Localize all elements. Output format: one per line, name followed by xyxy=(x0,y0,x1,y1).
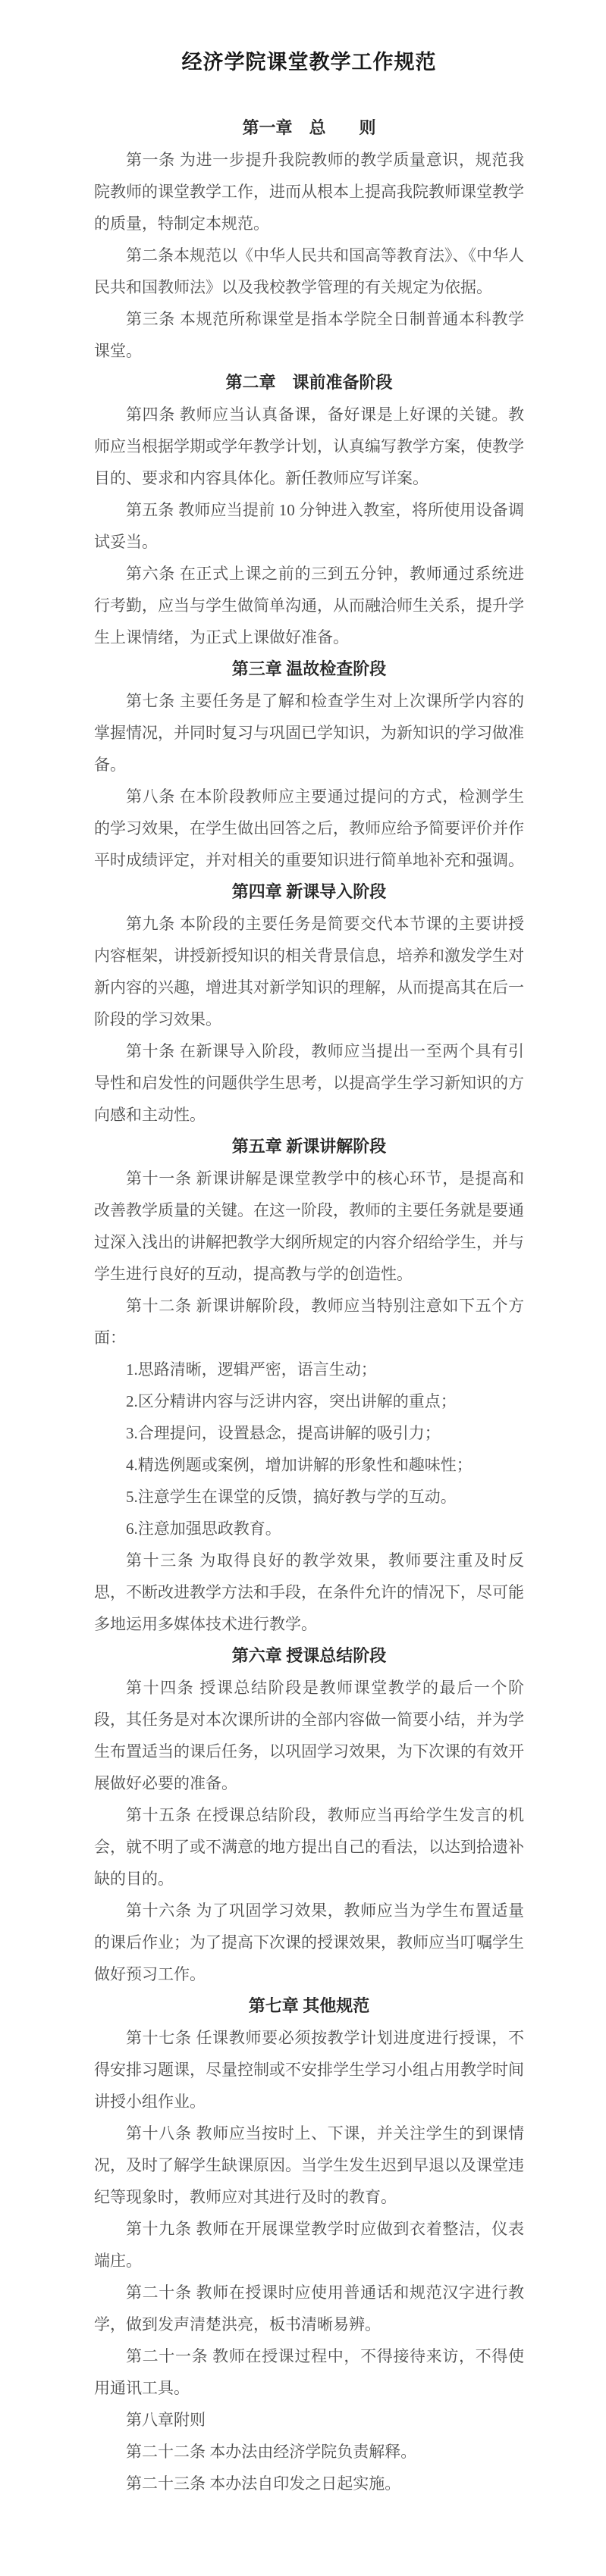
chapter-heading: 第一章 总 则 xyxy=(94,112,524,144)
paragraph: 第十六条 为了巩固学习效果，教师应当为学生布置适量的课后作业；为了提高下次课的授… xyxy=(94,1895,524,1990)
paragraph: 第十八条 教师应当按时上、下课，并关注学生的到课情况，及时了解学生缺课原因。当学… xyxy=(94,2117,524,2213)
paragraph: 第七条 主要任务是了解和检查学生对上次课所学内容的掌握情况，并同时复习与巩固已学… xyxy=(94,685,524,781)
paragraph: 第十二条 新课讲解阶段，教师应当特别注意如下五个方面： xyxy=(94,1290,524,1354)
list-item: 5.注意学生在课堂的反馈，搞好教与学的互动。 xyxy=(94,1481,524,1513)
paragraph: 第三条 本规范所称课堂是指本学院全日制普通本科教学课堂。 xyxy=(94,303,524,367)
chapter-heading: 第六章 授课总结阶段 xyxy=(94,1640,524,1672)
paragraph: 第十三条 为取得良好的教学效果，教师要注重及时反思，不断改进教学方法和手段，在条… xyxy=(94,1545,524,1640)
list-item: 4.精选例题或案例，增加讲解的形象性和趣味性； xyxy=(94,1449,524,1481)
list-item: 6.注意加强思政教育。 xyxy=(94,1513,524,1545)
document-title: 经济学院课堂教学工作规范 xyxy=(94,47,524,77)
list-item: 3.合理提问，设置悬念，提高讲解的吸引力； xyxy=(94,1417,524,1449)
chapter-heading: 第四章 新课导入阶段 xyxy=(94,876,524,908)
paragraph: 第八章附则 xyxy=(94,2404,524,2436)
paragraph: 第十七条 任课教师要必须按教学计划进度进行授课，不得安排习题课，尽量控制或不安排… xyxy=(94,2022,524,2117)
paragraph: 第二十条 教师在授课时应使用普通话和规范汉字进行教学，做到发声清楚洪亮，板书清晰… xyxy=(94,2277,524,2340)
paragraph: 第二十二条 本办法由经济学院负责解释。 xyxy=(94,2436,524,2468)
paragraph: 第十条 在新课导入阶段，教师应当提出一至两个具有引导性和启发性的问题供学生思考，… xyxy=(94,1035,524,1131)
paragraph: 第十四条 授课总结阶段是教师课堂教学的最后一个阶段，其任务是对本次课所讲的全部内… xyxy=(94,1672,524,1799)
paragraph: 第十五条 在授课总结阶段，教师应当再给学生发言的机会，就不明了或不满意的地方提出… xyxy=(94,1799,524,1895)
list-item: 1.思路清晰，逻辑严密，语言生动； xyxy=(94,1354,524,1385)
chapter-heading: 第三章 温故检查阶段 xyxy=(94,653,524,685)
paragraph: 第九条 本阶段的主要任务是简要交代本节课的主要讲授内容框架，讲授新授知识的相关背… xyxy=(94,908,524,1035)
chapter-heading: 第二章 课前准备阶段 xyxy=(94,367,524,399)
chapter-heading: 第七章 其他规范 xyxy=(94,1990,524,2022)
paragraph: 第十九条 教师在开展课堂教学时应做到衣着整洁，仪表端庄。 xyxy=(94,2213,524,2277)
paragraph: 第二条本规范以《中华人民共和国高等教育法》、《中华人民共和国教师法》以及我校教学… xyxy=(94,239,524,303)
paragraph: 第二十一条 教师在授课过程中，不得接待来访，不得使用通讯工具。 xyxy=(94,2340,524,2404)
document-page: 经济学院课堂教学工作规范 第一章 总 则第一条 为进一步提升我院教师的教学质量意… xyxy=(0,0,606,2576)
paragraph: 第十一条 新课讲解是课堂教学中的核心环节，是提高和改善教学质量的关键。在这一阶段… xyxy=(94,1163,524,1290)
paragraph: 第一条 为进一步提升我院教师的教学质量意识，规范我院教师的课堂教学工作，进而从根… xyxy=(94,144,524,239)
paragraph: 第六条 在正式上课之前的三到五分钟，教师通过系统进行考勤，应当与学生做简单沟通，… xyxy=(94,558,524,653)
paragraph: 第二十三条 本办法自印发之日起实施。 xyxy=(94,2468,524,2499)
paragraph: 第五条 教师应当提前 10 分钟进入教室，将所使用设备调试妥当。 xyxy=(94,494,524,558)
paragraph: 第四条 教师应当认真备课，备好课是上好课的关键。教师应当根据学期或学年教学计划，… xyxy=(94,399,524,494)
list-item: 2.区分精讲内容与泛讲内容，突出讲解的重点； xyxy=(94,1385,524,1417)
chapter-heading: 第五章 新课讲解阶段 xyxy=(94,1131,524,1163)
document-body: 第一章 总 则第一条 为进一步提升我院教师的教学质量意识，规范我院教师的课堂教学… xyxy=(94,112,524,2499)
paragraph: 第八条 在本阶段教师应主要通过提问的方式，检测学生的学习效果，在学生做出回答之后… xyxy=(94,781,524,876)
